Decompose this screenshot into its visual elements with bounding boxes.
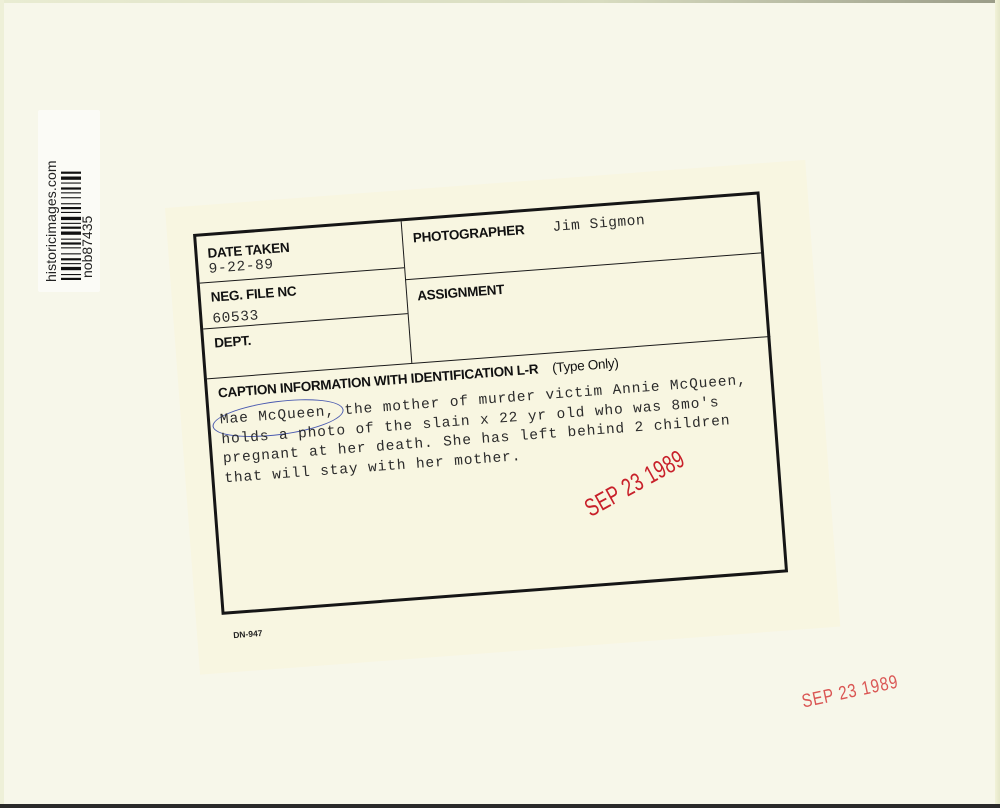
photo-edge-top (0, 0, 1000, 3)
form-grid: DATE TAKEN 9-22-89 NEG. FILE NC 60533 DE… (193, 191, 788, 615)
date-stamp-back: SEP 23 1989 (800, 672, 901, 714)
barcode-icon (61, 162, 81, 280)
caption-note: (Type Only) (552, 355, 619, 375)
photographer-label: PHOTOGRAPHER (412, 222, 524, 245)
date-taken-label: DATE TAKEN (207, 240, 290, 261)
barcode-site-text: historicimages.com (43, 160, 59, 282)
neg-file-label: NEG. FILE NC (210, 283, 297, 304)
photo-edge-right (995, 0, 1000, 808)
photographer-value: Jim Sigmon (552, 213, 646, 236)
barcode-id-text: nob87435 (79, 216, 95, 278)
assignment-label: ASSIGNMENT (417, 282, 505, 303)
caption-card: DATE TAKEN 9-22-89 NEG. FILE NC 60533 DE… (165, 160, 840, 675)
dept-label: DEPT. (214, 333, 252, 351)
column-divider (401, 221, 413, 363)
photo-edge-left (0, 0, 4, 808)
date-taken-value: 9-22-89 (208, 257, 274, 278)
photo-edge-bottom (0, 804, 1000, 808)
barcode-label: historicimages.com nob87435 (38, 110, 100, 292)
row-divider (405, 252, 764, 280)
form-code: DN-947 (233, 628, 263, 640)
